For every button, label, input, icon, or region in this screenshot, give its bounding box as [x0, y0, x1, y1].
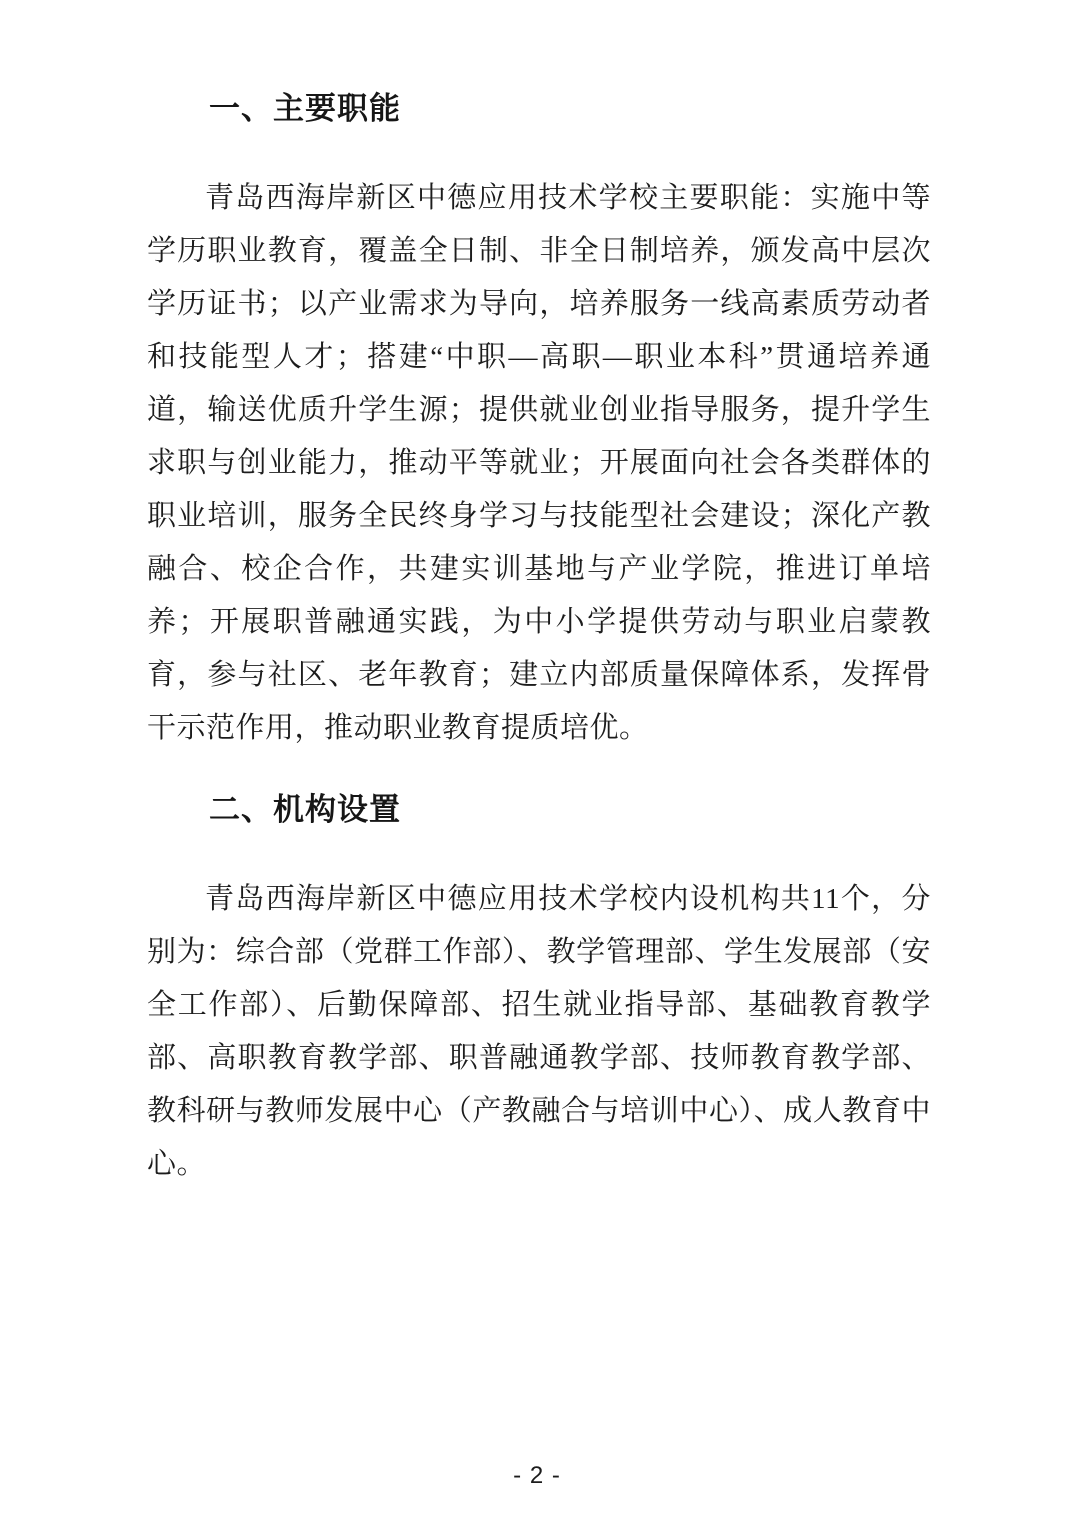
- section-heading-organization: 二、机构设置: [147, 789, 931, 831]
- paragraph-organization: 青岛西海岸新区中德应用技术学校内设机构共11个，分别为：综合部（党群工作部）、教…: [147, 873, 931, 1191]
- page-number: - 2 -: [0, 1462, 1074, 1490]
- document-page: 一、主要职能 青岛西海岸新区中德应用技术学校主要职能：实施中等学历职业教育，覆盖…: [0, 0, 1074, 1520]
- document-content: 一、主要职能 青岛西海岸新区中德应用技术学校主要职能：实施中等学历职业教育，覆盖…: [147, 88, 931, 1225]
- section-heading-main-functions: 一、主要职能: [147, 88, 931, 130]
- paragraph-main-functions: 青岛西海岸新区中德应用技术学校主要职能：实施中等学历职业教育，覆盖全日制、非全日…: [147, 172, 931, 755]
